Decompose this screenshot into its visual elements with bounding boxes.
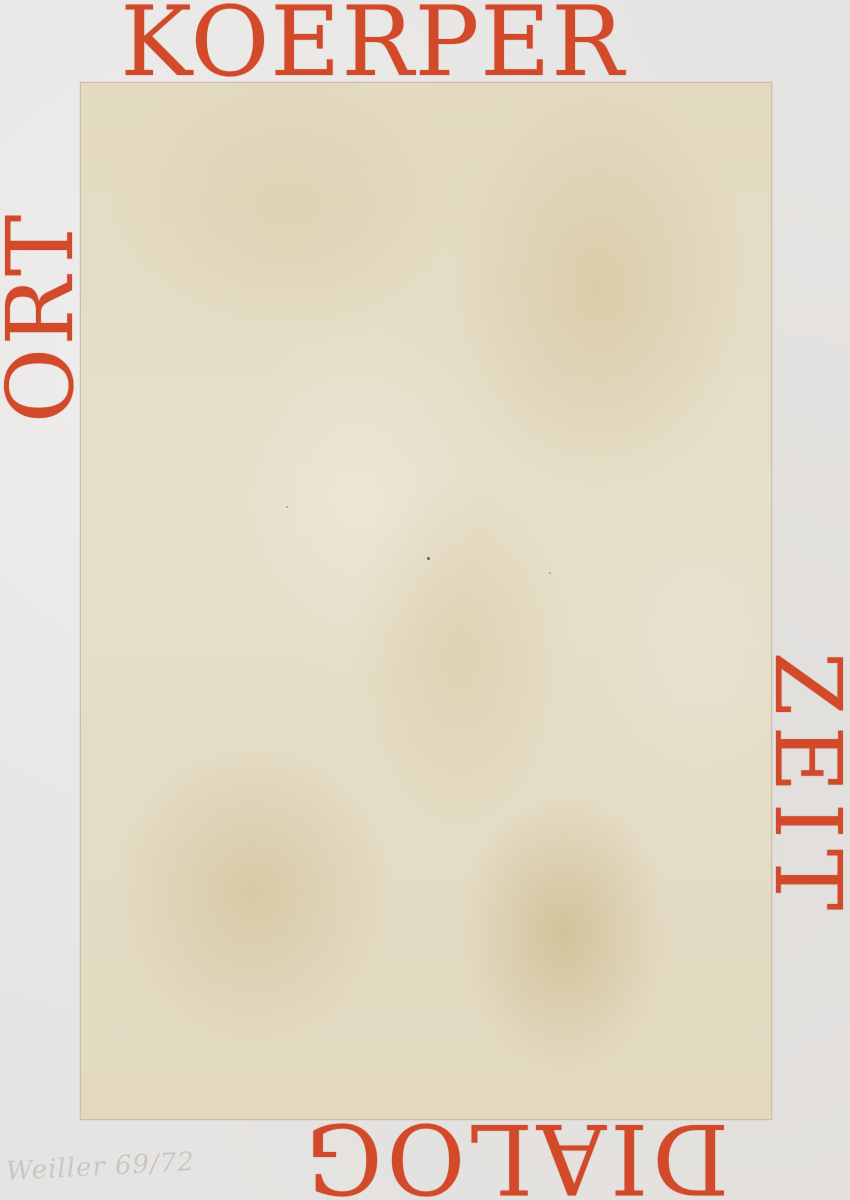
- word-zeit-right: ZEIT: [769, 631, 850, 941]
- ink-speck: [549, 572, 551, 574]
- word-dialog-bottom: DIALOG: [248, 1112, 783, 1200]
- artist-signature: Weiller 69/72: [5, 1147, 195, 1187]
- stained-paper-panel: [80, 82, 772, 1120]
- ink-speck: [427, 557, 430, 560]
- ink-speck: [286, 506, 288, 508]
- word-ort-left: ORT: [0, 183, 79, 453]
- artwork-sheet: KOERPER ORT ZEIT DIALOG Weiller 69/72: [0, 0, 850, 1200]
- word-koerper-top: KOERPER: [70, 0, 675, 86]
